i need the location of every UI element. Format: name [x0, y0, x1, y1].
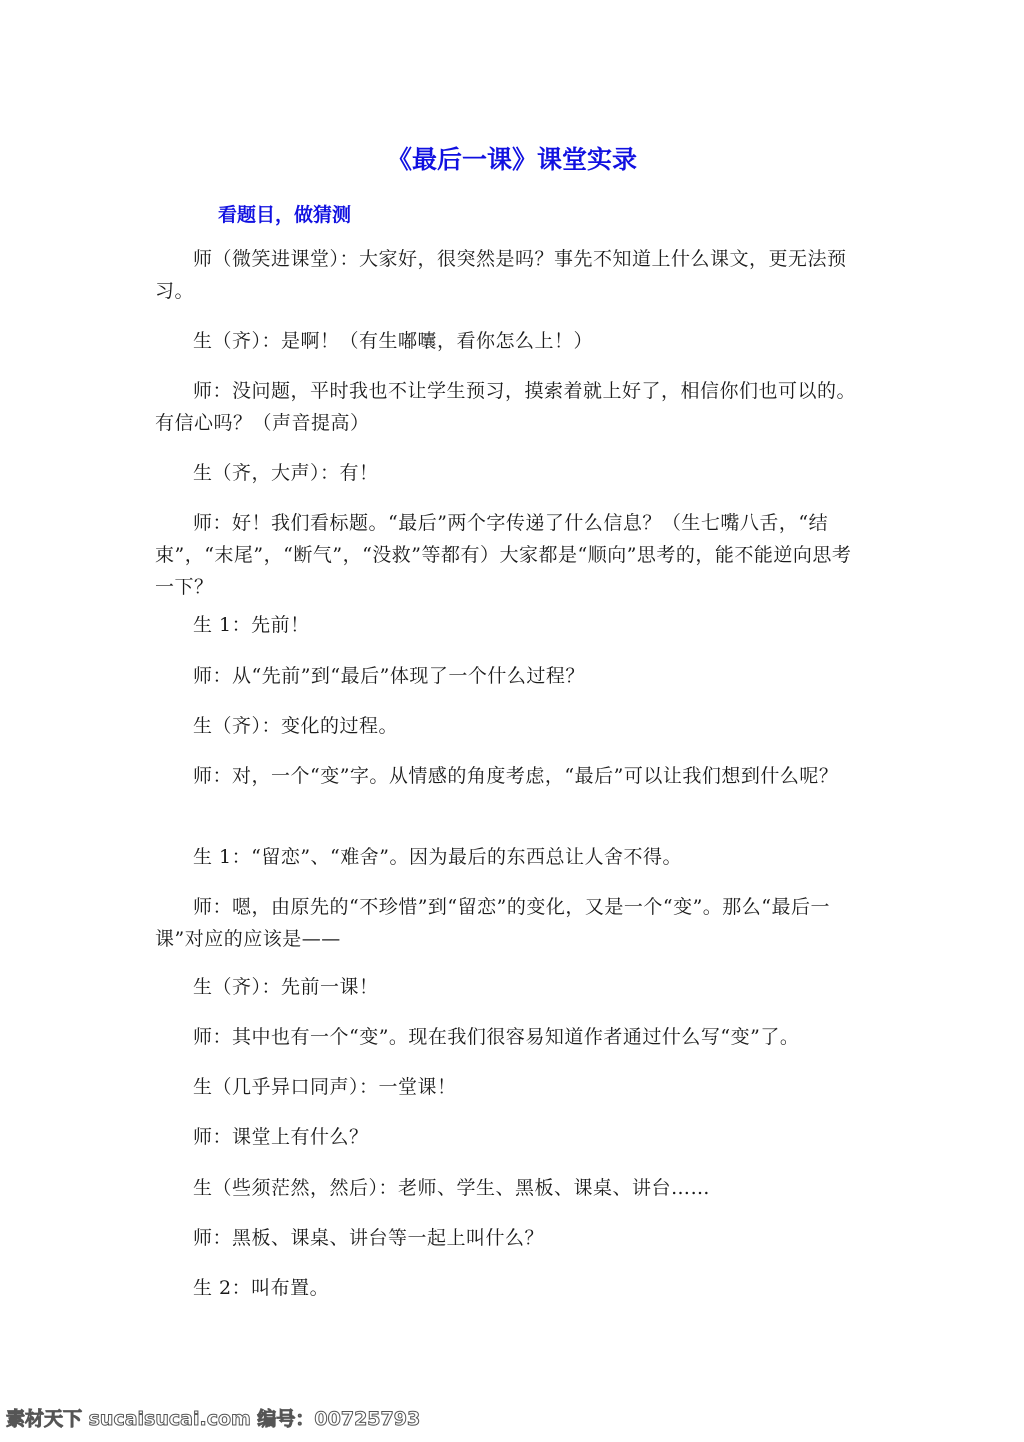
paragraph: 师：课堂上有什么？ [155, 1121, 870, 1153]
paragraph: 师：对，一个“变”字。从情感的角度考虑，“最后”可以让我们想到什么呢？ [155, 760, 870, 792]
paragraph: 师（微笑进课堂）：大家好，很突然是吗？事先不知道上什么课文，更无法预习。 [155, 243, 870, 307]
paragraph: 师：从“先前”到“最后”体现了一个什么过程？ [155, 660, 870, 692]
paragraph: 生 2：叫布置。 [155, 1272, 870, 1304]
paragraph: 师：没问题，平时我也不让学生预习，摸索着就上好了，相信你们也可以的。有信心吗？（… [155, 375, 870, 439]
paragraph: 生（些须茫然，然后）：老师、学生、黑板、课桌、讲台…… [155, 1172, 870, 1204]
paragraph: 生（齐）：先前一课！ [155, 971, 870, 1003]
document-page: 《最后一课》课堂实录 看题目，做猜测 师（微笑进课堂）：大家好，很突然是吗？事先… [0, 0, 1024, 1442]
paragraph: 生 1：先前！ [155, 609, 870, 641]
paragraph: 生（几乎异口同声）：一堂课！ [155, 1071, 870, 1103]
paragraph: 生（齐）：变化的过程。 [155, 710, 870, 742]
paragraph: 师：嗯，由原先的“不珍惜”到“留恋”的变化，又是一个“变”。那么“最后一课”对应… [155, 891, 870, 955]
watermark: 素材天下 sucaisucai.com 编号：00725793 [6, 1404, 420, 1431]
paragraph: 师：黑板、课桌、讲台等一起上叫什么？ [155, 1222, 870, 1254]
document-title: 《最后一课》课堂实录 [0, 140, 1024, 176]
paragraph: 生（齐，大声）：有！ [155, 457, 870, 489]
paragraph: 师：好！我们看标题。“最后”两个字传递了什么信息？（生七嘴八舌，“结束”，“末尾… [155, 507, 870, 603]
paragraph: 师：其中也有一个“变”。现在我们很容易知道作者通过什么写“变”了。 [155, 1021, 870, 1053]
paragraph: 生（齐）：是啊！（有生嘟囔，看你怎么上！） [155, 325, 870, 357]
section-heading: 看题目，做猜测 [218, 200, 351, 227]
paragraph: 生 1：“留恋”、“难舍”。因为最后的东西总让人舍不得。 [155, 841, 870, 873]
